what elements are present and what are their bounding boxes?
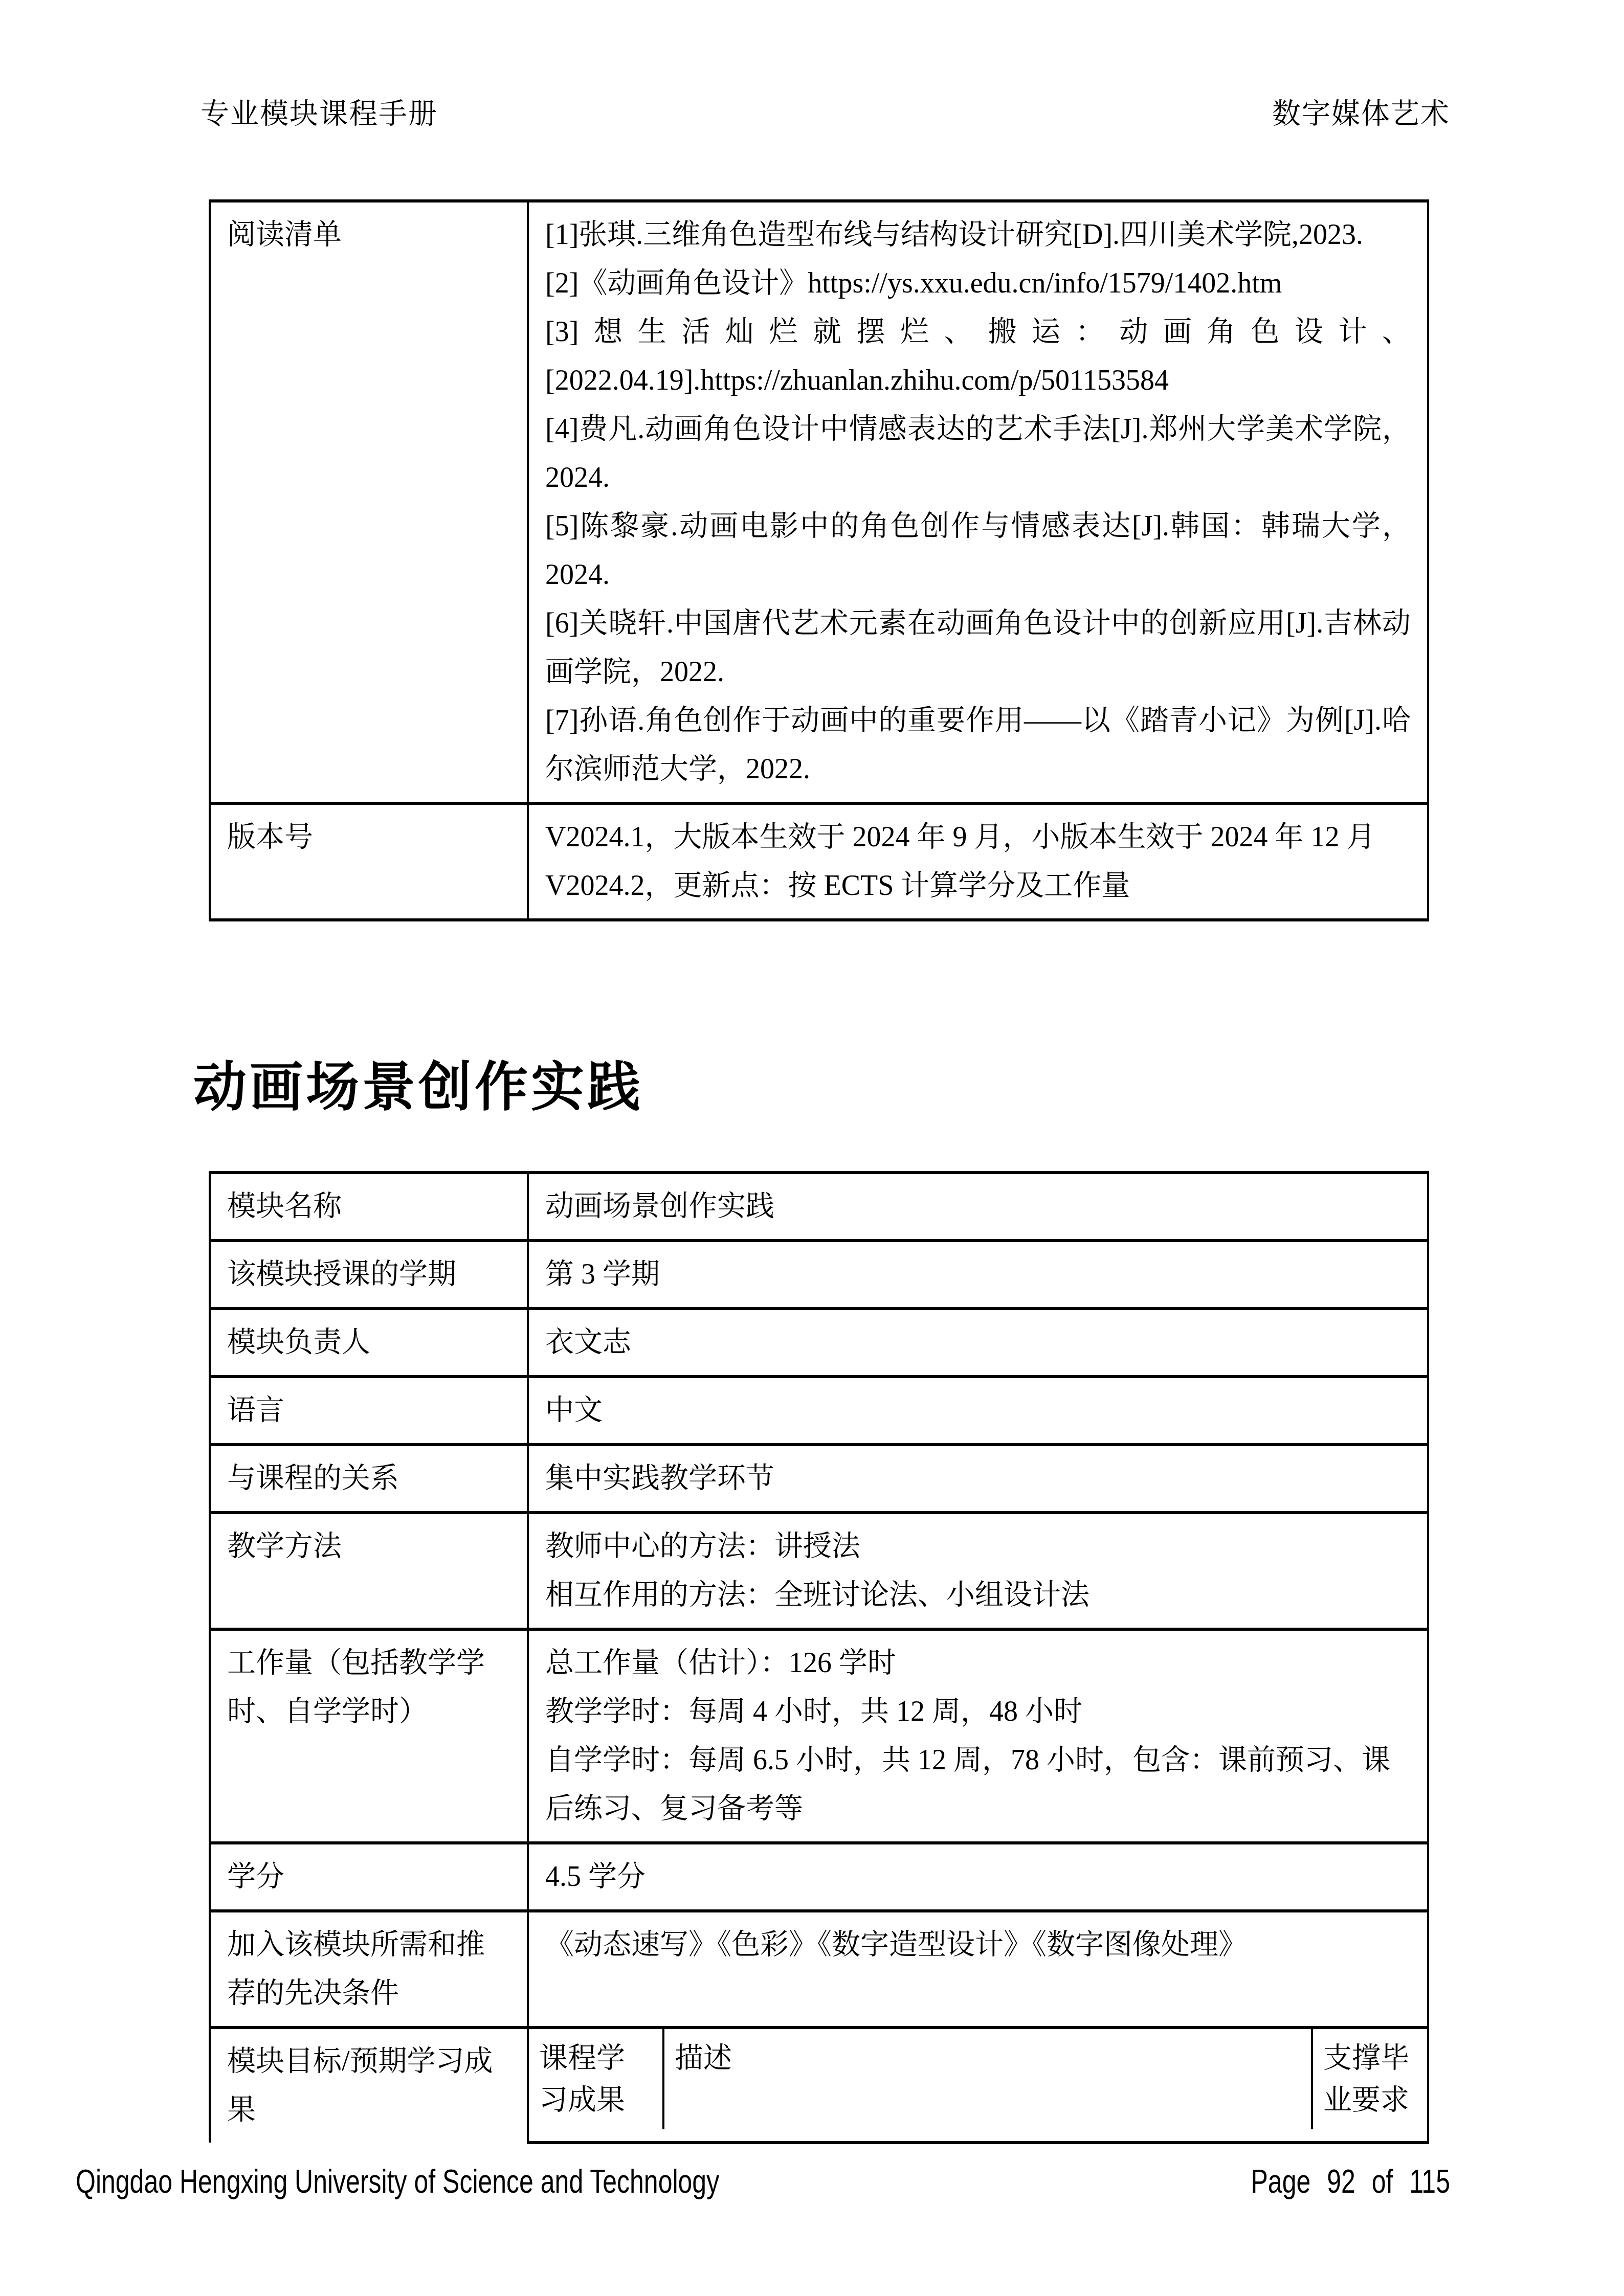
- module-name-label: 模块名称: [210, 1173, 528, 1241]
- table-row: 阅读清单 [1]张琪.三维角色造型布线与结构设计研究[D].四川美术学院,202…: [210, 201, 1428, 803]
- workload-line-3: 自学学时：每周 6.5 小时，共 12 周，78 小时，包含：课前预习、课后练习…: [545, 1736, 1411, 1833]
- version-line-2: V2024.2，更新点：按 ECTS 计算学分及工作量: [545, 862, 1411, 910]
- table-row: 模块名称 动画场景创作实践: [210, 1173, 1428, 1241]
- workload-value: 总工作量（估计）：126 学时 教学学时：每周 4 小时，共 12 周，48 小…: [528, 1629, 1428, 1843]
- table-row: 与课程的关系 集中实践教学环节: [210, 1445, 1428, 1513]
- semester-label: 该模块授课的学期: [210, 1241, 528, 1309]
- reference-4: [4]费凡.动画角色设计中情感表达的艺术手法[J].郑州大学美术学院，2024.: [545, 405, 1411, 502]
- learning-outcomes-subheader: 课程学习成果 描述 支撑毕业要求: [528, 2028, 1428, 2143]
- learning-outcomes-label: 模块目标/预期学习成果: [210, 2028, 528, 2143]
- workload-line-2: 教学学时：每周 4 小时，共 12 周，48 小时: [545, 1687, 1411, 1736]
- outcomes-col-graduation-req: 支撑毕业要求: [1311, 2029, 1427, 2129]
- workload-label: 工作量（包括教学学时、自学学时）: [210, 1629, 528, 1843]
- version-label: 版本号: [210, 803, 528, 920]
- version-line-1: V2024.1，大版本生效于 2024 年 9 月，小版本生效于 2024 年 …: [545, 813, 1411, 862]
- module-lead-value: 衣文志: [528, 1309, 1428, 1377]
- table-row: 该模块授课的学期 第 3 学期: [210, 1241, 1428, 1309]
- table-row: 加入该模块所需和推荐的先决条件 《动态速写》《色彩》《数字造型设计》《数字图像处…: [210, 1911, 1428, 2028]
- footer-page-number: Page 92 of 115: [1251, 2162, 1450, 2200]
- teaching-method-line-1: 教师中心的方法：讲授法: [545, 1522, 1411, 1571]
- teaching-methods-label: 教学方法: [210, 1513, 528, 1629]
- credits-label: 学分: [210, 1843, 528, 1911]
- prerequisites-value: 《动态速写》《色彩》《数字造型设计》《数字图像处理》: [528, 1911, 1428, 2028]
- header-doc-title: 专业模块课程手册: [201, 96, 438, 132]
- page-footer: Qingdao Hengxing University of Science a…: [76, 2162, 1450, 2200]
- credits-value: 4.5 学分: [528, 1843, 1428, 1911]
- table-row: 模块负责人 衣文志: [210, 1309, 1428, 1377]
- reference-3: [3]想生活灿烂就摆烂、搬运：动画角色设计、[2022.04.19].https…: [545, 308, 1411, 405]
- section-heading: 动画场景创作实践: [193, 1057, 643, 1119]
- reference-2: [2]《动画角色设计》https://ys.xxu.edu.cn/info/15…: [545, 259, 1411, 308]
- table-row: 版本号 V2024.1，大版本生效于 2024 年 9 月，小版本生效于 202…: [210, 803, 1428, 920]
- header-program-name: 数字媒体艺术: [1272, 96, 1450, 132]
- version-cell: V2024.1，大版本生效于 2024 年 9 月，小版本生效于 2024 年 …: [528, 803, 1428, 920]
- table-row: 语言 中文: [210, 1377, 1428, 1445]
- reference-6: [6]关晓轩.中国唐代艺术元素在动画角色设计中的创新应用[J].吉林动画学院，2…: [545, 599, 1411, 696]
- workload-line-1: 总工作量（估计）：126 学时: [545, 1639, 1411, 1687]
- reading-list-label: 阅读清单: [210, 201, 528, 803]
- module-detail-table: 模块名称 动画场景创作实践 该模块授课的学期 第 3 学期 模块负责人 衣文志 …: [209, 1171, 1429, 2144]
- reference-7: [7]孙语.角色创作于动画中的重要作用——以《踏青小记》为例[J].哈尔滨师范大…: [545, 696, 1411, 794]
- module-lead-label: 模块负责人: [210, 1309, 528, 1377]
- reading-list-cell: [1]张琪.三维角色造型布线与结构设计研究[D].四川美术学院,2023. [2…: [528, 201, 1428, 803]
- teaching-methods-value: 教师中心的方法：讲授法 相互作用的方法：全班讨论法、小组设计法: [528, 1513, 1428, 1629]
- table-row: 模块目标/预期学习成果 课程学习成果 描述 支撑毕业要求: [210, 2028, 1428, 2143]
- language-label: 语言: [210, 1377, 528, 1445]
- reference-1: [1]张琪.三维角色造型布线与结构设计研究[D].四川美术学院,2023.: [545, 211, 1411, 259]
- page-header: 专业模块课程手册 数字媒体艺术: [201, 96, 1450, 132]
- prerequisites-label: 加入该模块所需和推荐的先决条件: [210, 1911, 528, 2028]
- outcomes-col-description: 描述: [664, 2029, 1311, 2129]
- language-value: 中文: [528, 1377, 1428, 1445]
- relation-label: 与课程的关系: [210, 1445, 528, 1513]
- table-row: 学分 4.5 学分: [210, 1843, 1428, 1911]
- outcomes-col-course-outcome: 课程学习成果: [529, 2029, 664, 2129]
- footer-university-name: Qingdao Hengxing University of Science a…: [76, 2162, 719, 2200]
- module-name-value: 动画场景创作实践: [528, 1173, 1428, 1241]
- relation-value: 集中实践教学环节: [528, 1445, 1428, 1513]
- table-row: 工作量（包括教学学时、自学学时） 总工作量（估计）：126 学时 教学学时：每周…: [210, 1629, 1428, 1843]
- teaching-method-line-2: 相互作用的方法：全班讨论法、小组设计法: [545, 1571, 1411, 1619]
- table-row: 教学方法 教师中心的方法：讲授法 相互作用的方法：全班讨论法、小组设计法: [210, 1513, 1428, 1629]
- semester-value: 第 3 学期: [528, 1241, 1428, 1309]
- module-meta-table: 阅读清单 [1]张琪.三维角色造型布线与结构设计研究[D].四川美术学院,202…: [209, 199, 1429, 921]
- reference-5: [5]陈黎豪.动画电影中的角色创作与情感表达[J].韩国：韩瑞大学，2024.: [545, 502, 1411, 599]
